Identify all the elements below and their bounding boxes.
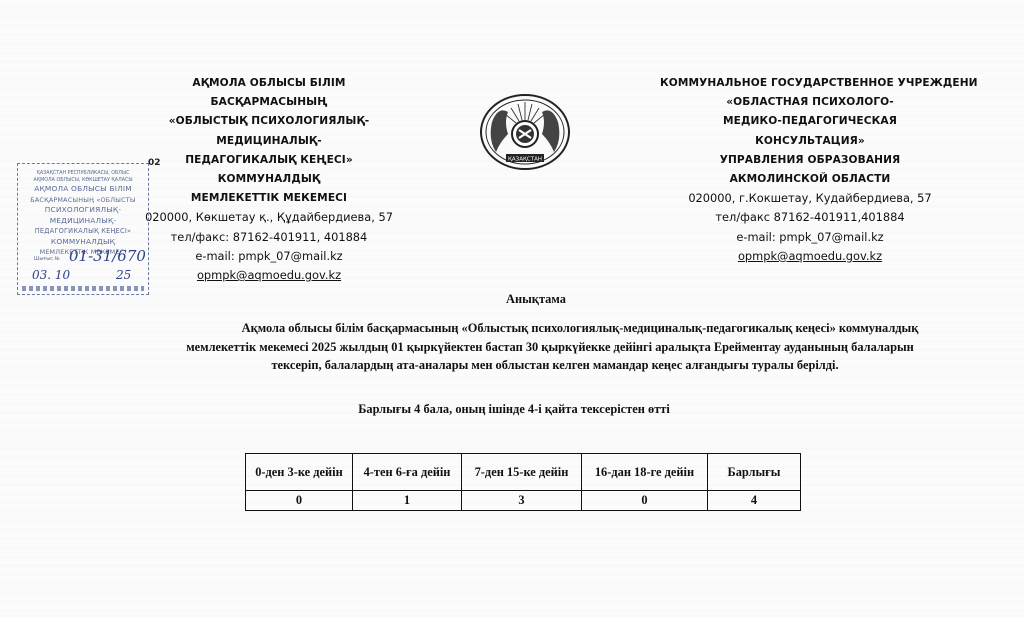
header-ru-line: КОНСУЛЬТАЦИЯ» [660,132,960,151]
registration-stamp: ҚАЗАҚСТАН РЕСПУБЛИКАСЫ, ОБЛЫС АҚМОЛА ОБЛ… [17,163,149,295]
header-ru-line: АКМОЛИНСКОЙ ОБЛАСТИ [660,170,960,189]
table-cell: 0 [582,491,708,511]
age-group-table: 0-ден 3-ке дейін 4-тен 6-ға дейін 7-ден … [245,453,801,511]
header-ru-line: МЕДИКО-ПЕДАГОГИЧЕСКАЯ [660,112,960,131]
stamp-org-line: ПЕДАГОГИКАЛЫҚ КЕҢЕСІ» [18,226,148,237]
table-header-cell: 0-ден 3-ке дейін [246,454,353,491]
header-kz-address: 020000, Көкшетау қ., Құдайбердиева, 57 [138,208,400,227]
header-kz-email2-link[interactable]: opmpk@aqmoedu.gov.kz [197,268,341,282]
summary-line: Барлығы 4 бала, оның ішінде 4-і қайта те… [0,402,1024,417]
header-kz-email: e-mail: pmpk_07@mail.kz [138,247,400,266]
header-russian: КОММУНАЛЬНОЕ ГОСУДАРСТВЕННОЕ УЧРЕЖДЕНИ «… [660,74,960,266]
header-ru-line: УПРАВЛЕНИЯ ОБРАЗОВАНИЯ [660,151,960,170]
stamp-org-line: ПСИХОЛОГИЯЛЫҚ- [18,205,148,216]
header-kz-phone: тел/факс: 87162-401911, 401884 [138,228,400,247]
stamp-small-line: ҚАЗАҚСТАН РЕСПУБЛИКАСЫ, ОБЛЫС [18,170,148,177]
table-cell: 1 [353,491,462,511]
header-kz-line: АҚМОЛА ОБЛЫСЫ БІЛІМ БАСҚАРМАСЫНЫҢ [138,74,400,112]
table-cell: 3 [462,491,582,511]
state-emblem-kazakhstan-icon: ҚАЗАҚСТАН [478,92,572,172]
table-header-cell: 4-тен 6-ға дейін [353,454,462,491]
table-header-row: 0-ден 3-ке дейін 4-тен 6-ға дейін 7-ден … [246,454,801,491]
header-kazakh: АҚМОЛА ОБЛЫСЫ БІЛІМ БАСҚАРМАСЫНЫҢ «ОБЛЫС… [138,74,400,285]
stamp-org-line: МЕДИЦИНАЛЫҚ- [18,216,148,227]
stamp-bottom-border [22,286,144,291]
page-marker: 02 [148,158,161,168]
header-ru-line: КОММУНАЛЬНОЕ ГОСУДАРСТВЕННОЕ УЧРЕЖДЕНИ [660,74,960,93]
table-header-cell: 7-ден 15-ке дейін [462,454,582,491]
document-body: Ақмола облысы білім басқармасының «Облыс… [110,319,990,375]
header-ru-line: «ОБЛАСТНАЯ ПСИХОЛОГО- [660,93,960,112]
table-header-cell: 16-дан 18-ге дейін [582,454,708,491]
header-kz-line: «ОБЛЫСТЫҚ ПСИХОЛОГИЯЛЫҚ- [138,112,400,131]
stamp-number-label: Шығыс № [34,256,60,262]
header-ru-address: 020000, г.Кокшетау, Кудайбердиева, 57 [660,189,960,208]
header-kz-line: МЕДИЦИНАЛЫҚ- [138,132,400,151]
stamp-org-line: АҚМОЛА ОБЛЫСЫ БІЛІМ [18,184,148,195]
stamp-date: 03. 10 [32,268,70,282]
header-kz-line: МЕМЛЕКЕТТІК МЕКЕМЕСІ [138,189,400,208]
table-header-cell: Барлығы [708,454,801,491]
stamp-year: 25 [116,268,131,282]
body-line: мемлекеттік мекемесі 2025 жылдың 01 қырк… [110,338,990,357]
stamp-org-line: КОММУНАЛДЫҚ [18,237,148,248]
stamp-small-line: АҚМОЛА ОБЛЫСЫ, КӨКШЕТАУ ҚАЛАСЫ [18,177,148,184]
stamp-org-line: БАСҚАРМАСЫНЫҢ «ОБЛЫСТЫ [18,195,148,206]
header-ru-phone: тел/факс 87162-401911,401884 [660,208,960,227]
stamp-outgoing-number: 01-31/670 [69,247,146,265]
header-ru-email: e-mail: pmpk_07@mail.kz [660,228,960,247]
table-cell: 4 [708,491,801,511]
document-title: Анықтама [0,292,1024,307]
header-kz-line: ПЕДАГОГИКАЛЫҚ КЕҢЕСІ» КОММУНАЛДЫҚ [138,151,400,189]
body-line: Ақмола облысы білім басқармасының «Облыс… [110,319,990,338]
header-ru-email2-link[interactable]: opmpk@aqmoedu.gov.kz [738,249,882,263]
body-line: тексеріп, балалардың ата-аналары мен обл… [110,356,990,375]
table-row: 0 1 3 0 4 [246,491,801,511]
emblem-label: ҚАЗАҚСТАН [508,157,542,163]
table-cell: 0 [246,491,353,511]
